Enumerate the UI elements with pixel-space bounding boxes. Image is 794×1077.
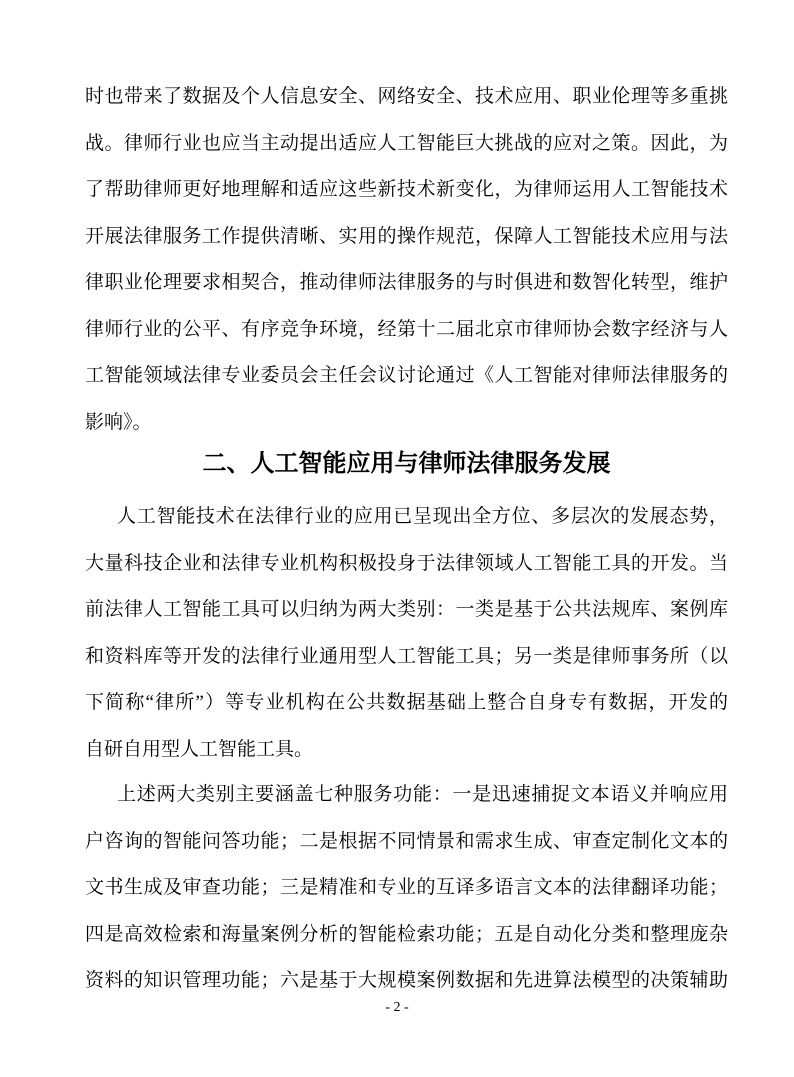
text-line: 时也带来了数据及个人信息安全、网络安全、技术应用、职业伦理等多重挑: [85, 74, 728, 121]
text-line: 影响》。: [85, 400, 728, 447]
text-line: 四是高效检索和海量案例分析的智能检索功能；五是自动化分类和整理庞杂: [85, 912, 728, 959]
text-line: 战。律师行业也应当主动提出适应人工智能巨大挑战的应对之策。因此，为: [85, 121, 728, 168]
text-line: 律师行业的公平、有序竞争环境，经第十二届北京市律师协会数字经济与人: [85, 307, 728, 354]
paragraph-service-functions: 上述两大类别主要涵盖七种服务功能：一是迅速捕捉文本语义并响应用 户咨询的智能问答…: [85, 772, 728, 1005]
text-line: 人工智能技术在法律行业的应用已呈现出全方位、多层次的发展态势，: [85, 494, 728, 541]
text-line: 文书生成及审查功能；三是精准和专业的互译多语言文本的法律翻译功能；: [85, 865, 728, 912]
text-line: 下简称“律所”）等专业机构在公共数据基础上整合自身专有数据，开发的: [85, 680, 728, 727]
text-line: 和资料库等开发的法律行业通用型人工智能工具；另一类是律师事务所（以: [85, 634, 728, 681]
text-line: 开展法律服务工作提供清晰、实用的操作规范，保障人工智能技术应用与法: [85, 214, 728, 261]
section-heading: 二、人工智能应用与律师法律服务发展: [85, 441, 728, 488]
text-line: 户咨询的智能问答功能；二是根据不同情景和需求生成、审查定制化文本的: [85, 819, 728, 866]
text-line: 自研自用型人工智能工具。: [85, 727, 728, 774]
text-line: 律职业伦理要求相契合，推动律师法律服务的与时俱进和数智化转型，维护: [85, 260, 728, 307]
text-line: 大量科技企业和法律专业机构积极投身于法律领域人工智能工具的开发。当: [85, 541, 728, 588]
paragraph-ai-tools-development: 人工智能技术在法律行业的应用已呈现出全方位、多层次的发展态势， 大量科技企业和法…: [85, 494, 728, 773]
text-line: 了帮助律师更好地理解和适应这些新技术新变化，为律师运用人工智能技术: [85, 167, 728, 214]
text-line: 工智能领域法律专业委员会主任会议讨论通过《人工智能对律师法律服务的: [85, 353, 728, 400]
page-number: - 2 -: [0, 998, 794, 1018]
text-line: 前法律人工智能工具可以归纳为两大类别：一类是基于公共法规库、案例库: [85, 587, 728, 634]
document-page: { "content": { "para_continuation": { "l…: [0, 0, 794, 1077]
text-line: 上述两大类别主要涵盖七种服务功能：一是迅速捕捉文本语义并响应用: [85, 772, 728, 819]
paragraph-continuation: 时也带来了数据及个人信息安全、网络安全、技术应用、职业伦理等多重挑 战。律师行业…: [85, 74, 728, 446]
